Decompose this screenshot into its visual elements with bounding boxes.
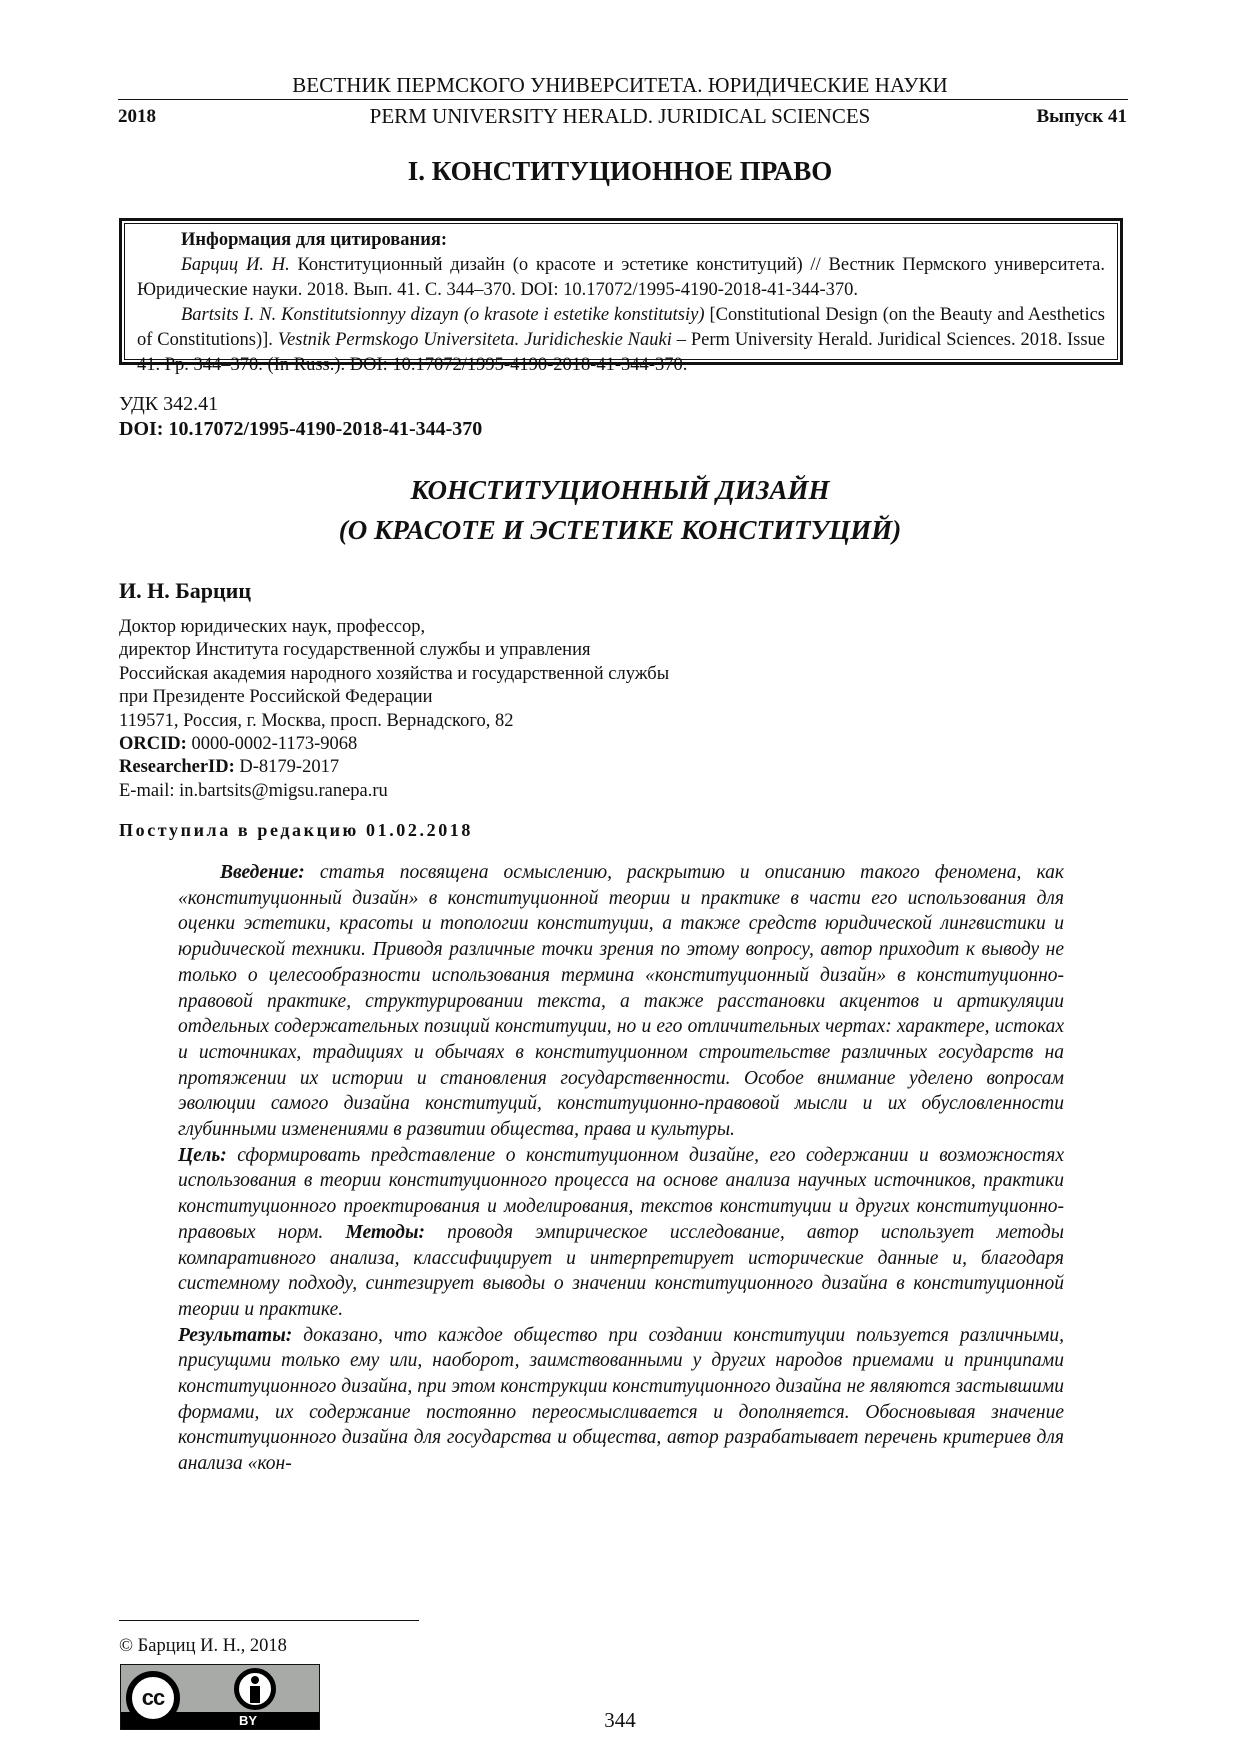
- footnote-rule: [119, 1620, 419, 1621]
- citation-en: Bartsits I. N. Konstitutsionnyy dizayn (…: [137, 303, 1105, 378]
- author-name: И. Н. Барциц: [119, 578, 251, 604]
- journal-title-ru: ВЕСТНИК ПЕРМСКОГО УНИВЕРСИТЕТА. ЮРИДИЧЕС…: [0, 73, 1240, 98]
- article-title-line-1: КОНСТИТУЦИОННЫЙ ДИЗАЙН: [0, 470, 1240, 510]
- abstract-results: Результаты: доказано, что каждое обществ…: [178, 1323, 1064, 1477]
- section-title: I. КОНСТИТУЦИОННОЕ ПРАВО: [0, 156, 1240, 187]
- header-rule: [118, 99, 1128, 100]
- copyright: © Барциц И. Н., 2018: [119, 1636, 287, 1657]
- affiliation-line: при Президенте Российской Федерации: [119, 686, 669, 709]
- abstract-intro-label: Введение:: [220, 862, 305, 883]
- orcid: ORCID: 0000-0002-1173-9068: [119, 733, 669, 756]
- person-body: [250, 1686, 260, 1703]
- affiliation-line: 119571, Россия, г. Москва, просп. Вернад…: [119, 710, 669, 733]
- udk: УДК 342.41: [119, 393, 218, 416]
- citation-heading: Информация для цитирования:: [137, 228, 1105, 253]
- researcher-id: ResearcherID: D-8179-2017: [119, 756, 669, 779]
- article-title: КОНСТИТУЦИОННЫЙ ДИЗАЙН (О КРАСОТЕ И ЭСТЕ…: [0, 470, 1240, 550]
- doi[interactable]: DOI: 10.17072/1995-4190-2018-41-344-370: [119, 418, 482, 441]
- abstract-intro-text: статья посвящена осмыслению, раскрытию и…: [178, 862, 1064, 1140]
- abstract-results-label: Результаты:: [178, 1325, 292, 1346]
- orcid-label: ORCID:: [119, 734, 187, 754]
- affiliation-line: директор Института государственной служб…: [119, 639, 669, 662]
- page-number: 344: [0, 1708, 1240, 1733]
- citation-box: Информация для цитирования: Барциц И. Н.…: [119, 218, 1123, 365]
- orcid-value[interactable]: 0000-0002-1173-9068: [187, 734, 357, 754]
- email[interactable]: E-mail: in.bartsits@migsu.ranepa.ru: [119, 780, 669, 803]
- citation-en-title: Bartsits I. N. Konstitutsionnyy dizayn (…: [181, 305, 704, 325]
- citation-ru: Барциц И. Н. Конституционный дизайн (о к…: [137, 253, 1105, 303]
- received-date: Поступила в редакцию 01.02.2018: [119, 820, 473, 841]
- article-title-line-2: (О КРАСОТЕ И ЭСТЕТИКЕ КОНСТИТУЦИЙ): [0, 510, 1240, 550]
- citation-en-journal: Vestnik Permskogo Universiteta. Juridich…: [278, 330, 672, 350]
- person-head: [251, 1676, 259, 1684]
- affiliation-line: Российская академия народного хозяйства …: [119, 663, 669, 686]
- abstract-goal-label: Цель:: [178, 1145, 227, 1166]
- citation-ru-author: Барциц И. Н.: [181, 255, 290, 275]
- abstract-intro: Введение: статья посвящена осмыслению, р…: [178, 860, 1064, 1143]
- attribution-person-icon: [234, 1668, 276, 1710]
- abstract-methods-label: Методы:: [345, 1222, 425, 1243]
- affiliation-line: Доктор юридических наук, профессор,: [119, 616, 669, 639]
- citation-inner: Информация для цитирования: Барциц И. Н.…: [124, 223, 1118, 360]
- header-issue: Выпуск 41: [1036, 106, 1127, 128]
- abstract-goal-methods: Цель: сформировать представление о конст…: [178, 1143, 1064, 1323]
- researcher-id-value: D-8179-2017: [235, 757, 339, 777]
- researcher-id-label: ResearcherID:: [119, 757, 235, 777]
- abstract-results-text: доказано, что каждое общество при создан…: [178, 1325, 1064, 1475]
- author-affiliation: Доктор юридических наук, профессор, дире…: [119, 616, 669, 803]
- abstract: Введение: статья посвящена осмыслению, р…: [178, 860, 1064, 1477]
